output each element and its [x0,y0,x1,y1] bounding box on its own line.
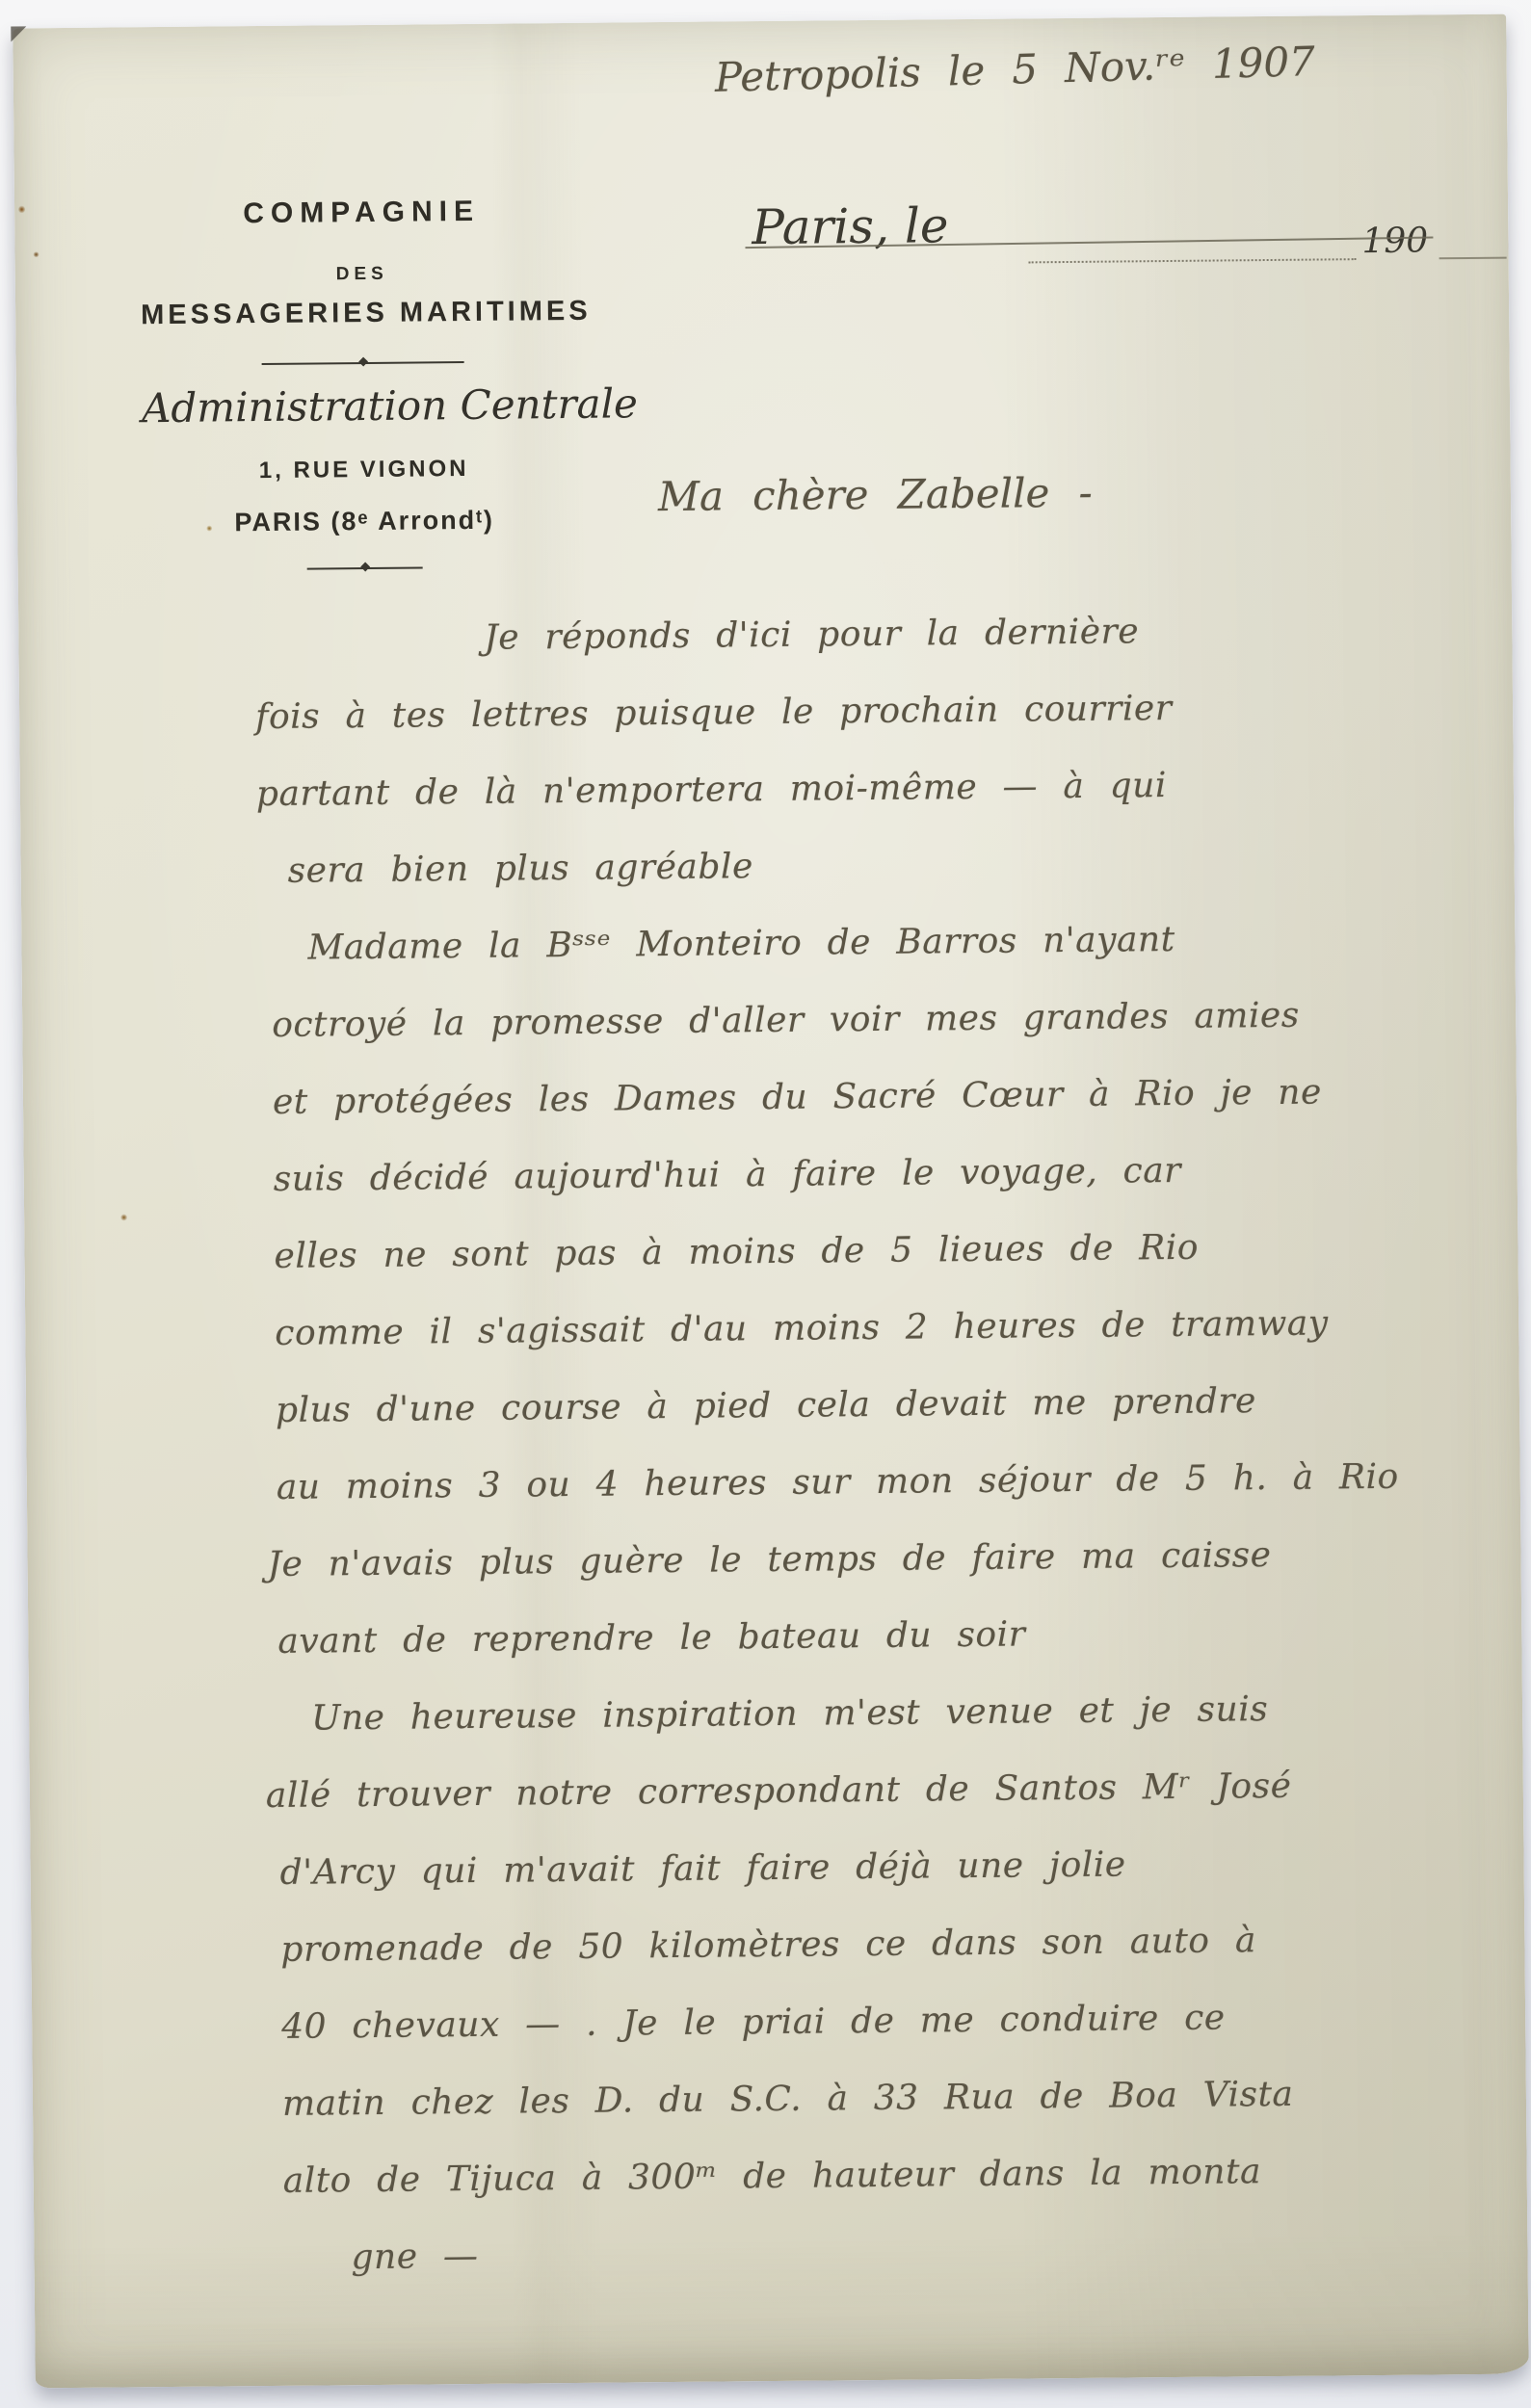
handwriting-line: allé trouver notre correspondant de Sant… [266,1746,1515,1835]
handwriting-line: octroyé la promesse d'aller voir mes gra… [272,976,1507,1064]
divider-ornament [262,357,464,368]
handwriting-line: avant de reprendre le bateau du soir [277,1592,1513,1681]
handwriting-line: et protégées les Dames du Sacré Cœur à R… [273,1053,1508,1141]
handwriting-line: gne — [351,2209,1518,2297]
foxing-spot [18,205,25,213]
handwriting-line: sera bien plus agréable [287,822,1505,910]
handwriting-line: matin chez les D. du S.C. à 33 Rua de Bo… [282,2055,1518,2143]
handwriting-line: comme il s'agissait d'au moins 2 heures … [275,1284,1510,1373]
letter-body: Je réponds d'ici pour la dernièrefois à … [254,590,1518,2297]
divider-diamond-icon [358,357,368,367]
company-name-line1: COMPAGNIE [140,195,583,231]
handwriting-line: partant de là n'emportera moi-même — à q… [256,745,1505,833]
address-city: PARIS (8ᵉ Arrondᵗ) [143,505,586,538]
handwriting-line: Madame la Bˢˢᵉ Monteiro de Barros n'ayan… [307,899,1506,987]
divider-ornament-small [307,563,423,572]
salutation: Ma chère Zabelle - [658,469,1093,520]
company-name-line3: MESSAGERIES MARITIMES [141,296,584,331]
handwriting-line: fois à tes lettres puisque le prochain c… [255,667,1504,756]
scanned-letter-photo: COMPAGNIE DES MESSAGERIES MARITIMES Admi… [0,0,1531,2408]
foxing-spot [34,251,40,257]
handwriting-line: d'Arcy qui m'avait fait faire déjà une j… [279,1823,1515,1912]
printed-year-prefix: 190 [1361,221,1428,261]
handwriting-line: Je réponds d'ici pour la dernière [484,590,1503,677]
handwriting-line: promenade de 50 kilomètres ce dans son a… [280,1900,1516,1989]
handwriting-line: plus d'une course à pied cela devait me … [276,1361,1511,1450]
handwritten-dateline: Petropolis le 5 Nov.ʳᵉ 1907 [714,38,1315,101]
letter-sheet: COMPAGNIE DES MESSAGERIES MARITIMES Admi… [13,14,1528,2389]
letterhead: COMPAGNIE DES MESSAGERIES MARITIMES Admi… [140,195,587,574]
handwriting-line: 40 chevaux — . Je le priai de me conduir… [281,1977,1517,2066]
folded-corner [11,26,26,41]
handwriting-line: Je n'avais plus guère le temps de faire … [267,1515,1512,1604]
company-name-line2: DES [141,262,584,287]
foxing-spot [120,1214,127,1220]
handwriting-line: au moins 3 ou 4 heures sur mon séjour de… [276,1438,1511,1527]
handwriting-line: Une heureuse inspiration m'est venue et … [311,1669,1514,1758]
divider-diamond-icon [360,563,370,572]
handwriting-line: elles ne sont pas à moins de 5 lieues de… [274,1207,1509,1296]
address-street: 1, RUE VIGNON [143,455,586,485]
department-script: Administration Centrale [142,380,585,432]
handwriting-line: alto de Tijuca à 300ᵐ de hauteur dans la… [282,2132,1518,2220]
printed-year-rule [1439,257,1507,260]
printed-date-rule [1029,258,1357,263]
handwriting-line: suis décidé aujourd'hui à faire le voyag… [273,1130,1508,1218]
